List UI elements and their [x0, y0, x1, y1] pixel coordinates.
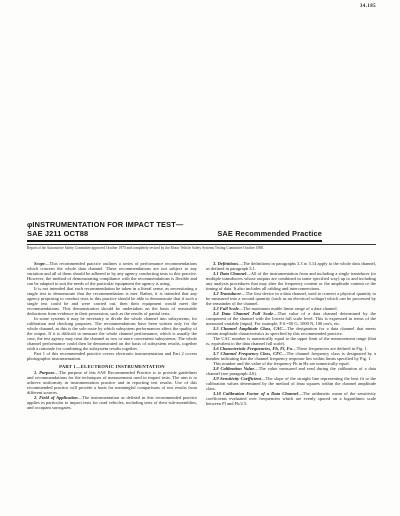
paragraph: 1. Purpose—The purpose of this SAE Recom…	[27, 370, 197, 395]
document-code: SAE J211 OCT88	[27, 229, 88, 238]
body-columns: Scope—This recommended practice outlines…	[27, 261, 376, 410]
title-rule-thin	[27, 244, 376, 245]
paragraph: 2. Field of Application—The instrumentat…	[27, 395, 197, 410]
document-type: SAE Recommended Practice	[217, 229, 322, 238]
paragraph: Scope—This recommended practice outlines…	[27, 261, 197, 286]
paragraph: In some systems it may be necessary to d…	[27, 316, 197, 351]
part-1-heading: PART 1—ELECTRONIC INSTRUMENTATION	[27, 364, 197, 369]
document-title: φINSTRUMENTATION FOR IMPACT TEST—	[27, 220, 322, 229]
document-header: φINSTRUMENTATION FOR IMPACT TEST— SAE J2…	[27, 220, 376, 250]
paragraph: Part 1 of this recommended practice cove…	[27, 351, 197, 361]
paragraph: 3.7 Channel Frequency Class, CFC—The cha…	[206, 351, 376, 361]
paragraph: 3.5 Channel Amplitude Class, CAC—The des…	[206, 326, 376, 336]
left-column: Scope—This recommended practice outlines…	[27, 261, 197, 410]
paragraph: 3.8 Calibration Value—The value measured…	[206, 366, 376, 376]
approval-footnote: Report of the Automotive Safety Committe…	[27, 246, 376, 250]
paragraph: 3.2 Transducer—The first device in a dat…	[206, 291, 376, 306]
paragraph: 3.10 Calibration Factor of a Data Channe…	[206, 391, 376, 406]
paragraph: 3.9 Sensitivity Coefficient—The slope of…	[206, 376, 376, 391]
page-number: 34.185	[360, 4, 376, 9]
paragraph: It is not intended that each recommendat…	[27, 286, 197, 316]
document-page: 34.185 φINSTRUMENTATION FOR IMPACT TEST—…	[0, 0, 400, 516]
title-rule-thick	[27, 240, 322, 242]
title-block: φINSTRUMENTATION FOR IMPACT TEST— SAE J2…	[27, 220, 322, 238]
right-column: 3. Definitions—The definitions in paragr…	[206, 261, 376, 410]
paragraph: 3.4 Data Channel Full Scale—That value o…	[206, 311, 376, 326]
paragraph: 3.1 Data Channel—All of the instrumentat…	[206, 271, 376, 291]
paragraph: The CAC number is numerically equal to t…	[206, 336, 376, 346]
paragraph: 3. Definitions—The definitions in paragr…	[206, 261, 376, 271]
